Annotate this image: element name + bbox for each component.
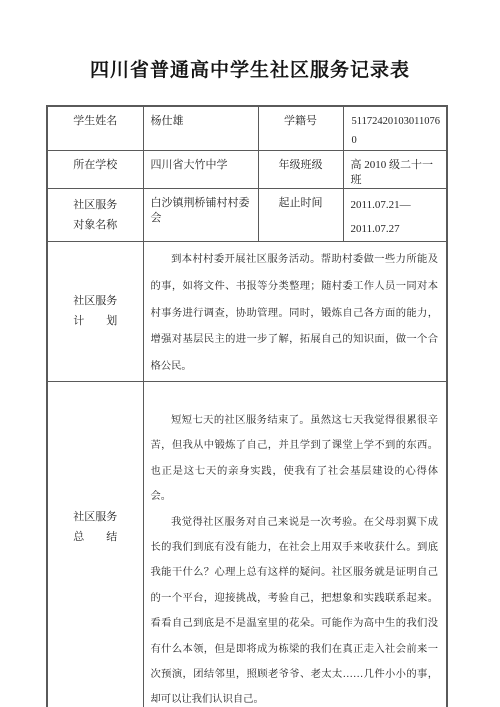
plan-label: 社区服务 计 划: [47, 242, 143, 382]
student-id-line-2: 0: [352, 131, 444, 150]
student-name-value: 杨仕雄: [143, 106, 258, 151]
grade-class-value: 高 2010 级二十一班: [343, 151, 447, 189]
table-row-plan: 社区服务 计 划 到本村村委开展社区服务活动。帮助村委做一些力所能及的事，如将文…: [47, 242, 447, 382]
summary-paragraph-1: 短短七天的社区服务结束了。虽然这七天我觉得很累很辛苦，但我从中锻炼了自己，并且学…: [151, 408, 439, 510]
summary-label: 社区服务 总 结: [47, 381, 143, 707]
duration-label: 起止时间: [258, 189, 343, 242]
table-row-target: 社区服务 对象名称 白沙镇荆桥铺村村委会 起止时间 2011.07.21— 20…: [47, 189, 447, 242]
document-page: 四川省普通高中学生社区服务记录表 学生姓名 杨仕雄 学籍号 5117242010…: [0, 0, 500, 707]
student-id-line-1: 51172420103011076: [352, 112, 444, 131]
summary-paragraph-2: 我觉得社区服务对自己来说是一次考验。在父母羽翼下成长的我们到底有没有能力，在社会…: [151, 510, 439, 707]
duration-value: 2011.07.21— 2011.07.27: [343, 189, 447, 242]
student-name-label: 学生姓名: [47, 106, 143, 151]
document-title: 四川省普通高中学生社区服务记录表: [0, 0, 500, 83]
duration-end: 2011.07.27: [351, 217, 443, 241]
plan-text-cell: 到本村村委开展社区服务活动。帮助村委做一些力所能及的事，如将文件、书报等分类整理…: [143, 242, 447, 382]
service-target-value: 白沙镇荆桥铺村村委会: [143, 189, 258, 242]
service-record-table: 学生姓名 杨仕雄 学籍号 51172420103011076 0 所在学校 四川…: [46, 105, 448, 707]
plan-paragraph: 到本村村委开展社区服务活动。帮助村委做一些力所能及的事，如将文件、书报等分类整理…: [151, 247, 439, 381]
school-label: 所在学校: [47, 151, 143, 189]
summary-label-line-1: 社区服务: [48, 507, 143, 527]
duration-start: 2011.07.21—: [351, 193, 443, 217]
plan-label-line-1: 社区服务: [48, 291, 143, 311]
student-id-label: 学籍号: [258, 106, 343, 151]
student-id-value: 51172420103011076 0: [343, 106, 447, 151]
service-target-label-line-1: 社区服务: [48, 195, 143, 215]
school-value: 四川省大竹中学: [143, 151, 258, 189]
plan-label-line-2: 计 划: [48, 311, 143, 331]
grade-class-label: 年级班级: [258, 151, 343, 189]
table-row-school: 所在学校 四川省大竹中学 年级班级 高 2010 级二十一班: [47, 151, 447, 189]
summary-text-cell: 短短七天的社区服务结束了。虽然这七天我觉得很累很辛苦，但我从中锻炼了自己，并且学…: [143, 381, 447, 707]
service-target-label-line-2: 对象名称: [48, 215, 143, 235]
table-row-summary: 社区服务 总 结 短短七天的社区服务结束了。虽然这七天我觉得很累很辛苦，但我从中…: [47, 381, 447, 707]
service-target-label: 社区服务 对象名称: [47, 189, 143, 242]
table-row-student: 学生姓名 杨仕雄 学籍号 51172420103011076 0: [47, 106, 447, 151]
summary-label-line-2: 总 结: [48, 527, 143, 547]
